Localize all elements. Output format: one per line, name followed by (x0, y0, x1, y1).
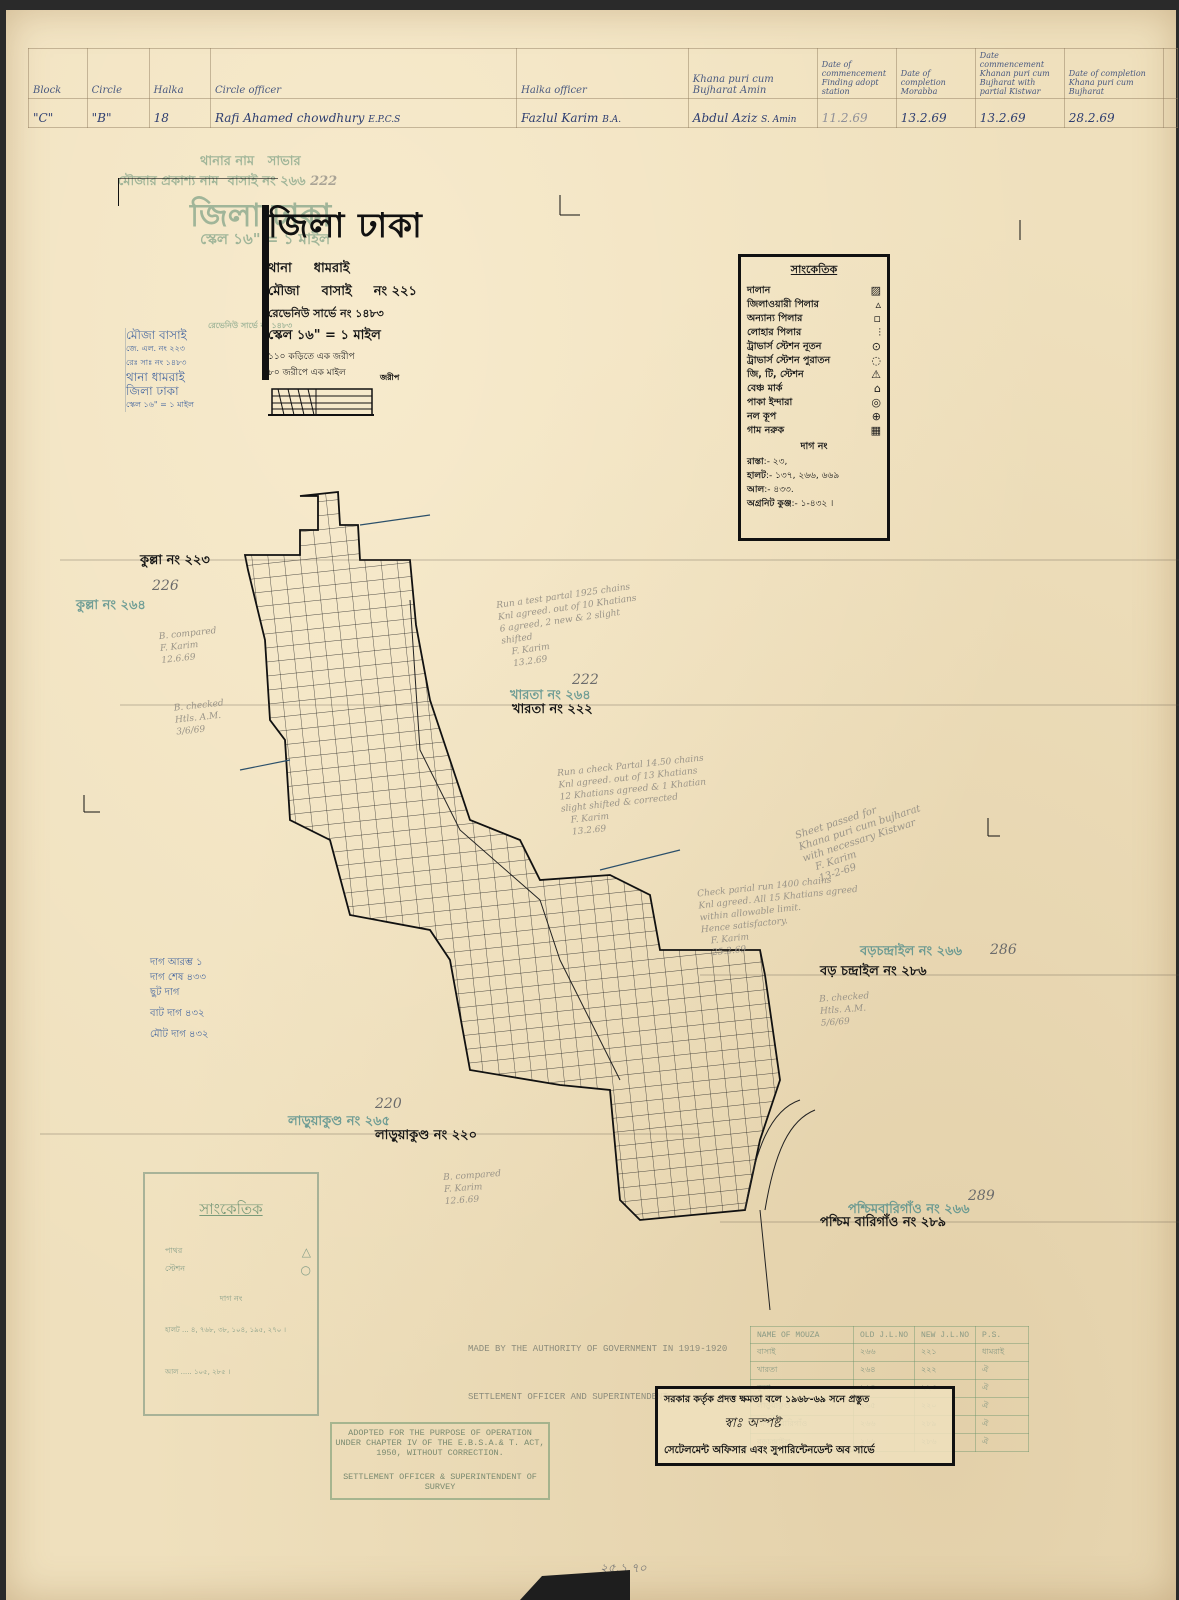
boundary-label-kulla: কুল্লা নং ২২৩ (140, 551, 210, 572)
pencil-annotation: B. checked Htls. A.M. 3/6/69 (173, 697, 227, 738)
made-by-note: MADE BY THE AUTHORITY OF GOVERNMENT IN 1… (468, 1344, 727, 1354)
pencil-annotation: B. checked Htls. A.M. 5/6/69 (819, 990, 871, 1029)
ghost-legend: সাংকেতিক পাথর△ স্টেশন○ দাগ নং হালট ... ৪… (143, 1172, 319, 1416)
boundary-label-laruakunda: লাড়ুয়াকুণ্ড নং ২২০ (375, 1126, 477, 1147)
signature: স্বাঃ অস্পষ্ট (724, 1414, 946, 1435)
adoption-stamp: ADOPTED FOR THE PURPOSE OF OPERATION UND… (330, 1422, 550, 1500)
pencil-annotation: Run a check Partal 14.50 chains Knl agre… (557, 753, 711, 840)
table-row: খারতা২৬৪২২২ঐ (751, 1362, 1029, 1380)
table-row: বাসাই২৬৬২২১ধামরাই (751, 1344, 1029, 1362)
certificate-box: সরকার কর্তৃক প্রদত্ত ক্ষমতা বলে ১৯৬৮-৬৯ … (655, 1386, 955, 1466)
pencil-annotation: B. compared F. Karim 12.6.69 (158, 625, 219, 667)
settlement-note: SETTLEMENT OFFICER AND SUPERINTENDENT (468, 1392, 668, 1402)
dag-summary-box: দাগ আরম্ভ ১ দাগ শেষ ৪৩৩ ছুট দাগ বাট দাগ … (150, 955, 245, 1042)
boundary-label-baro-chandrail: বড় চন্দ্রাইল নং ২৮৬ (820, 962, 927, 983)
pencil-annotation: B. compared F. Karim 12.6.69 (443, 1168, 503, 1208)
